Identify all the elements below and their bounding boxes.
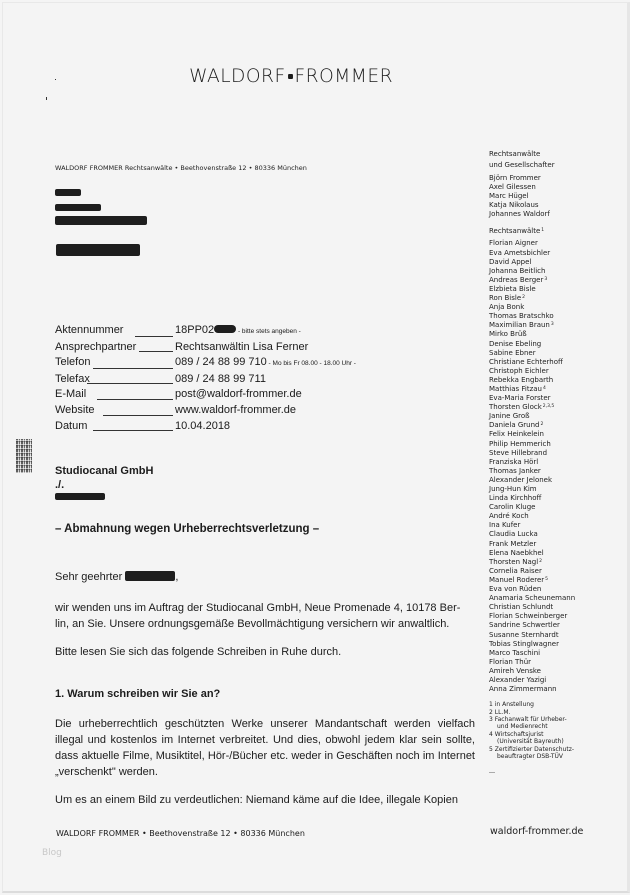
- lawyer-name: Sandrine Schwertler: [489, 621, 609, 630]
- info-row: Datum10.04.2018: [55, 419, 356, 435]
- redaction-bar: [55, 204, 101, 211]
- section-heading-1: 1. Warum schreiben wir Sie an?: [55, 686, 475, 702]
- footnote: 3 Fachanwalt für Urheber-: [489, 716, 609, 723]
- fill-line: [97, 399, 173, 400]
- paragraph-intro: wir wenden uns im Auftrag der Studiocana…: [55, 600, 485, 632]
- info-note: - Mo bis Fr 08.00 - 18.00 Uhr -: [267, 360, 356, 367]
- partner-name: Johannes Waldorf: [489, 210, 609, 219]
- lawyer-name: Christian Schlundt: [489, 603, 609, 612]
- lawyer-name: Janine Groß: [489, 412, 609, 421]
- info-value: 18PP02: [175, 324, 214, 336]
- lawyer-name: Eva von Rüden: [489, 585, 609, 594]
- partner-name: Axel Gilessen: [489, 183, 609, 192]
- lawyer-name: Manuel Roderer5: [489, 576, 609, 585]
- lawyer-name: Matthias Fitzau4: [489, 385, 609, 394]
- lawyer-name: Elzbieta Bisle: [489, 285, 609, 294]
- lawyer-name: Anja Bonk: [489, 303, 609, 312]
- info-label: E-Mail: [55, 388, 86, 400]
- lawyer-name: Linda Kirchhoff: [489, 494, 609, 503]
- footnote: beauftragter DSB-TÜV: [489, 753, 609, 760]
- lawyer-name: Christoph Eichler: [489, 367, 609, 376]
- lawyer-name: Elena Naebkhel: [489, 549, 609, 558]
- sidebar-footnotes: 1 in Anstellung2 LL.M.3 Fachanwalt für U…: [489, 701, 609, 760]
- logo-dot-icon: [288, 74, 293, 79]
- lawyers-heading: Rechtsanwälte1: [489, 226, 609, 237]
- salutation: Sehr geehrter ,: [55, 569, 475, 585]
- lawyer-name: Claudia Lucka: [489, 530, 609, 539]
- lawyer-name: Carolin Kluge: [489, 503, 609, 512]
- footnote: 4 Wirtschaftsjurist: [489, 731, 609, 738]
- lawyer-name: Ina Kufer: [489, 521, 609, 530]
- sender-return-line: WALDORF FROMMER Rechtsanwälte • Beethove…: [55, 164, 307, 172]
- info-label: Aktennummer: [55, 324, 123, 336]
- lawyer-name: Sabine Ebner: [489, 349, 609, 358]
- paragraph-why: Die urheberrechtlich geschützten Werke u…: [55, 716, 475, 780]
- info-value: 089 / 24 88 99 710: [175, 356, 267, 368]
- lawyer-name: Jung-Hun Kim: [489, 485, 609, 494]
- lawyer-name: Philip Hemmerich: [489, 440, 609, 449]
- lawyer-name: Anna Zimmermann: [489, 685, 609, 694]
- salutation-name-redacted: [125, 571, 175, 581]
- firm-sidebar: Rechtsanwälte und Gesellschafter Björn F…: [489, 149, 609, 773]
- info-label: Website: [55, 404, 95, 416]
- logo-text-right: FROMMER: [294, 65, 393, 87]
- paragraph-read-carefully: Bitte lesen Sie sich das folgende Schrei…: [55, 644, 475, 660]
- lawyer-name: André Koch: [489, 512, 609, 521]
- lawyer-name: Denise Ebeling: [489, 340, 609, 349]
- info-label: Ansprechpartner: [55, 341, 136, 353]
- scan-speck: [55, 79, 56, 80]
- logo-text-left: WALDORF: [189, 65, 286, 87]
- lawyer-name: Thomas Janker: [489, 467, 609, 476]
- lawyer-name: Tobias Stinglwagner: [489, 640, 609, 649]
- lawyer-name: Johanna Beitlich: [489, 267, 609, 276]
- info-row: AnsprechpartnerRechtsanwältin Lisa Ferne…: [55, 340, 356, 356]
- lawyer-name: Thorsten Nagl2: [489, 558, 609, 567]
- lawyer-name: Eva-Maria Forster: [489, 394, 609, 403]
- letter-page: WALDORFFROMMER WALDORF FROMMER Rechtsanw…: [2, 2, 630, 893]
- opponent-redacted: [55, 493, 105, 500]
- footer-address: WALDORF FROMMER • Beethovenstraße 12 • 8…: [56, 829, 305, 838]
- lawyer-name: Florian Thür: [489, 658, 609, 667]
- footnote: 1 in Anstellung: [489, 701, 609, 708]
- info-note: - bitte stets angeben -: [236, 328, 301, 335]
- redaction-bar: [55, 216, 147, 225]
- lawyer-name: Felix Heinkelein: [489, 430, 609, 439]
- lawyer-name: Amireh Venske: [489, 667, 609, 676]
- subject-line: – Abmahnung wegen Urheberrechtsverletzun…: [55, 521, 475, 537]
- info-value: 10.04.2018: [175, 420, 230, 432]
- lawyer-name: Eva Ametsbichler: [489, 249, 609, 258]
- datamatrix-code-icon: [16, 439, 32, 473]
- footnote: (Universität Bayreuth): [489, 738, 609, 745]
- lawyer-name: Mirko Brüß: [489, 330, 609, 339]
- footer-website: waldorf-frommer.de: [490, 826, 583, 837]
- lawyer-name: Thorsten Glock2,3,5: [489, 403, 609, 412]
- fill-line: [93, 368, 173, 369]
- info-label: Telefax: [55, 373, 90, 385]
- info-value[interactable]: www.waldorf-frommer.de: [175, 404, 296, 416]
- fill-line: [87, 383, 173, 384]
- info-label: Datum: [55, 420, 87, 432]
- lawyer-name: Maximilian Braun3: [489, 321, 609, 330]
- info-value: Rechtsanwältin Lisa Ferner: [175, 341, 308, 353]
- redaction-bar: [55, 189, 81, 196]
- lawyer-name: Daniela Grund2: [489, 421, 609, 430]
- fill-line: [139, 351, 173, 352]
- lawyer-name: Thomas Bratschko: [489, 312, 609, 321]
- footnote: und Medienrecht: [489, 723, 609, 730]
- scan-speck: [46, 97, 47, 100]
- lawyer-name: Florian Schweinberger: [489, 612, 609, 621]
- lawyer-name: Susanne Sternhardt: [489, 631, 609, 640]
- lawyer-name: David Appel: [489, 258, 609, 267]
- redaction-bar: [56, 244, 140, 256]
- partners-list: Björn FrommerAxel GilessenMarc HügelKatj…: [489, 174, 609, 219]
- lawyer-name: Anamaria Scheunemann: [489, 594, 609, 603]
- info-value[interactable]: post@waldorf-frommer.de: [175, 388, 302, 400]
- firm-logo: WALDORFFROMMER: [189, 65, 393, 87]
- fill-line: [135, 336, 173, 337]
- partners-heading-2: und Gesellschafter: [489, 160, 609, 171]
- info-label: Telefon: [55, 356, 90, 368]
- lawyer-name: Rebekka Engbarth: [489, 376, 609, 385]
- partner-name: Marc Hügel: [489, 192, 609, 201]
- paragraph-illustration: Um es an einem Bild zu verdeutlichen: Ni…: [55, 792, 485, 808]
- footnote: 2 LL.M.: [489, 709, 609, 716]
- info-row: Aktennummer18PP02 - bitte stets angeben …: [55, 323, 356, 340]
- lawyer-name: Steve Hillebrand: [489, 449, 609, 458]
- lawyer-name: Alexander Jelonek: [489, 476, 609, 485]
- footnote: 5 Zertifizierter Datenschutz-: [489, 746, 609, 753]
- lawyer-name: Ron Bisle2: [489, 294, 609, 303]
- lawyer-name: Cornelia Raiser: [489, 567, 609, 576]
- info-value: 089 / 24 88 99 711: [175, 373, 266, 385]
- versus-marker: ./.: [55, 477, 475, 493]
- watermark: Blog: [42, 848, 62, 858]
- lawyer-name: Andreas Berger3: [489, 276, 609, 285]
- lawyer-name: Marco Taschini: [489, 649, 609, 658]
- info-row: E-Mailpost@waldorf-frommer.de: [55, 387, 356, 403]
- lawyer-name: Alexander Yazigi: [489, 676, 609, 685]
- lawyer-name: Frank Metzler: [489, 540, 609, 549]
- scan-mark: [489, 772, 495, 773]
- lawyers-list: Florian AignerEva AmetsbichlerDavid Appe…: [489, 239, 609, 694]
- lawyer-name: Franziska Hörl: [489, 458, 609, 467]
- info-row: Telefon089 / 24 88 99 710 - Mo bis Fr 08…: [55, 355, 356, 372]
- info-row: Telefax089 / 24 88 99 711: [55, 372, 356, 388]
- lawyer-name: Christiane Echterhoff: [489, 358, 609, 367]
- partners-heading: Rechtsanwälte: [489, 149, 609, 160]
- reference-info-block: Aktennummer18PP02 - bitte stets angeben …: [55, 323, 356, 434]
- fill-line: [103, 415, 173, 416]
- fill-line: [93, 430, 173, 431]
- partner-name: Björn Frommer: [489, 174, 609, 183]
- info-row: Websitewww.waldorf-frommer.de: [55, 403, 356, 419]
- redaction-bar: [214, 325, 236, 333]
- lawyer-name: Florian Aigner: [489, 239, 609, 248]
- partner-name: Katja Nikolaus: [489, 201, 609, 210]
